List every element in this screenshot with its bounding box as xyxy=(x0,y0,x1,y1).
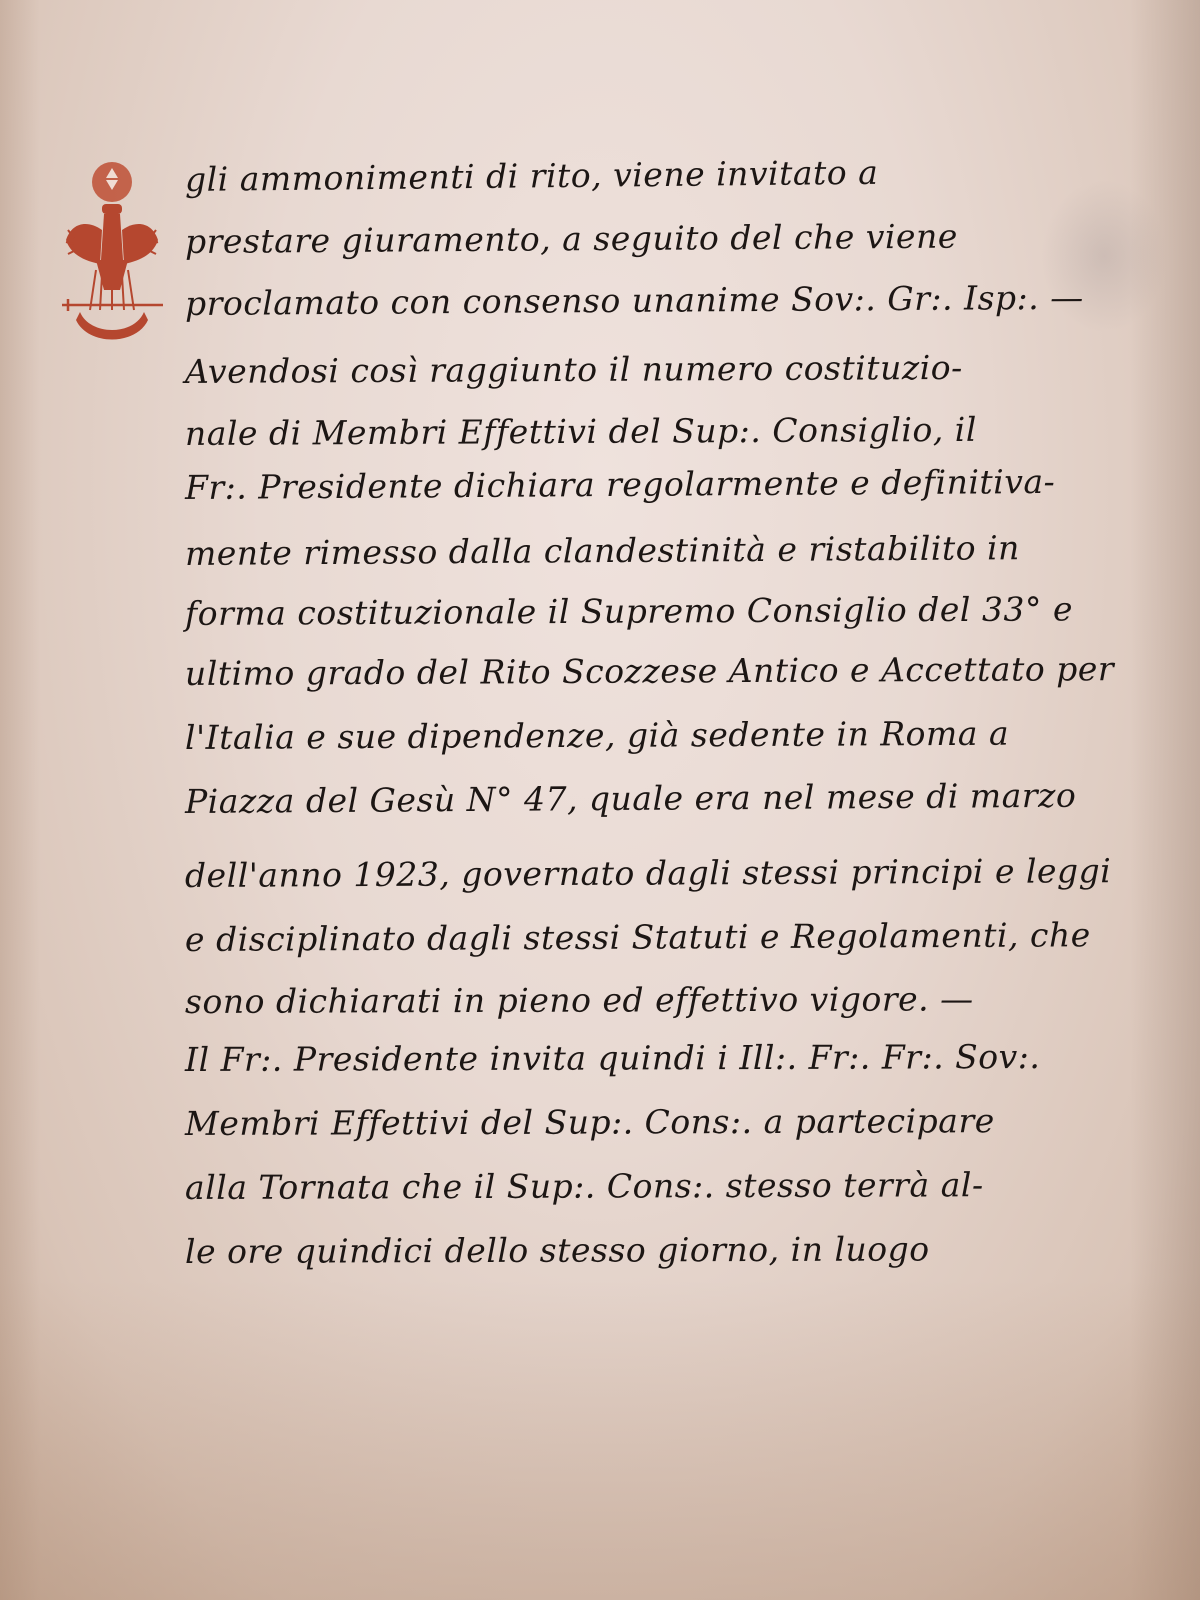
text-line: Avendosi così raggiunto il numero costit… xyxy=(185,348,963,391)
text-line: forma costituzionale il Supremo Consigli… xyxy=(185,589,1073,633)
text-line: prestare giuramento, a seguito del che v… xyxy=(185,217,958,261)
text-line: mente rimesso dalla clandestinità e rist… xyxy=(185,528,1020,573)
page-edge-shadow-bottom xyxy=(0,1280,1200,1600)
text-line: Fr:. Presidente dichiara regolarmente e … xyxy=(185,462,1055,507)
double-headed-eagle-crest-icon xyxy=(60,160,165,345)
text-line: e disciplinato dagli stessi Statuti e Re… xyxy=(185,915,1091,959)
text-line: Piazza del Gesù N° 47, quale era nel mes… xyxy=(185,776,1077,821)
text-line: Membri Effettivi del Sup:. Cons:. a part… xyxy=(185,1101,995,1143)
text-line: proclamato con consenso unanime Sov:. Gr… xyxy=(185,278,1084,323)
text-line: ultimo grado del Rito Scozzese Antico e … xyxy=(185,649,1114,693)
text-line: Il Fr:. Presidente invita quindi i Ill:.… xyxy=(185,1037,1041,1079)
text-line: sono dichiarati in pieno ed effettivo vi… xyxy=(185,979,974,1021)
text-line: gli ammonimenti di rito, viene invitato … xyxy=(185,153,879,199)
text-line: dell'anno 1923, governato dagli stessi p… xyxy=(185,851,1112,895)
text-line: nale di Membri Effettivi del Sup:. Consi… xyxy=(185,410,977,453)
text-line: alla Tornata che il Sup:. Cons:. stesso … xyxy=(185,1165,984,1207)
text-line: le ore quindici dello stesso giorno, in … xyxy=(185,1229,930,1271)
text-line: l'Italia e sue dipendenze, già sedente i… xyxy=(185,714,1009,757)
